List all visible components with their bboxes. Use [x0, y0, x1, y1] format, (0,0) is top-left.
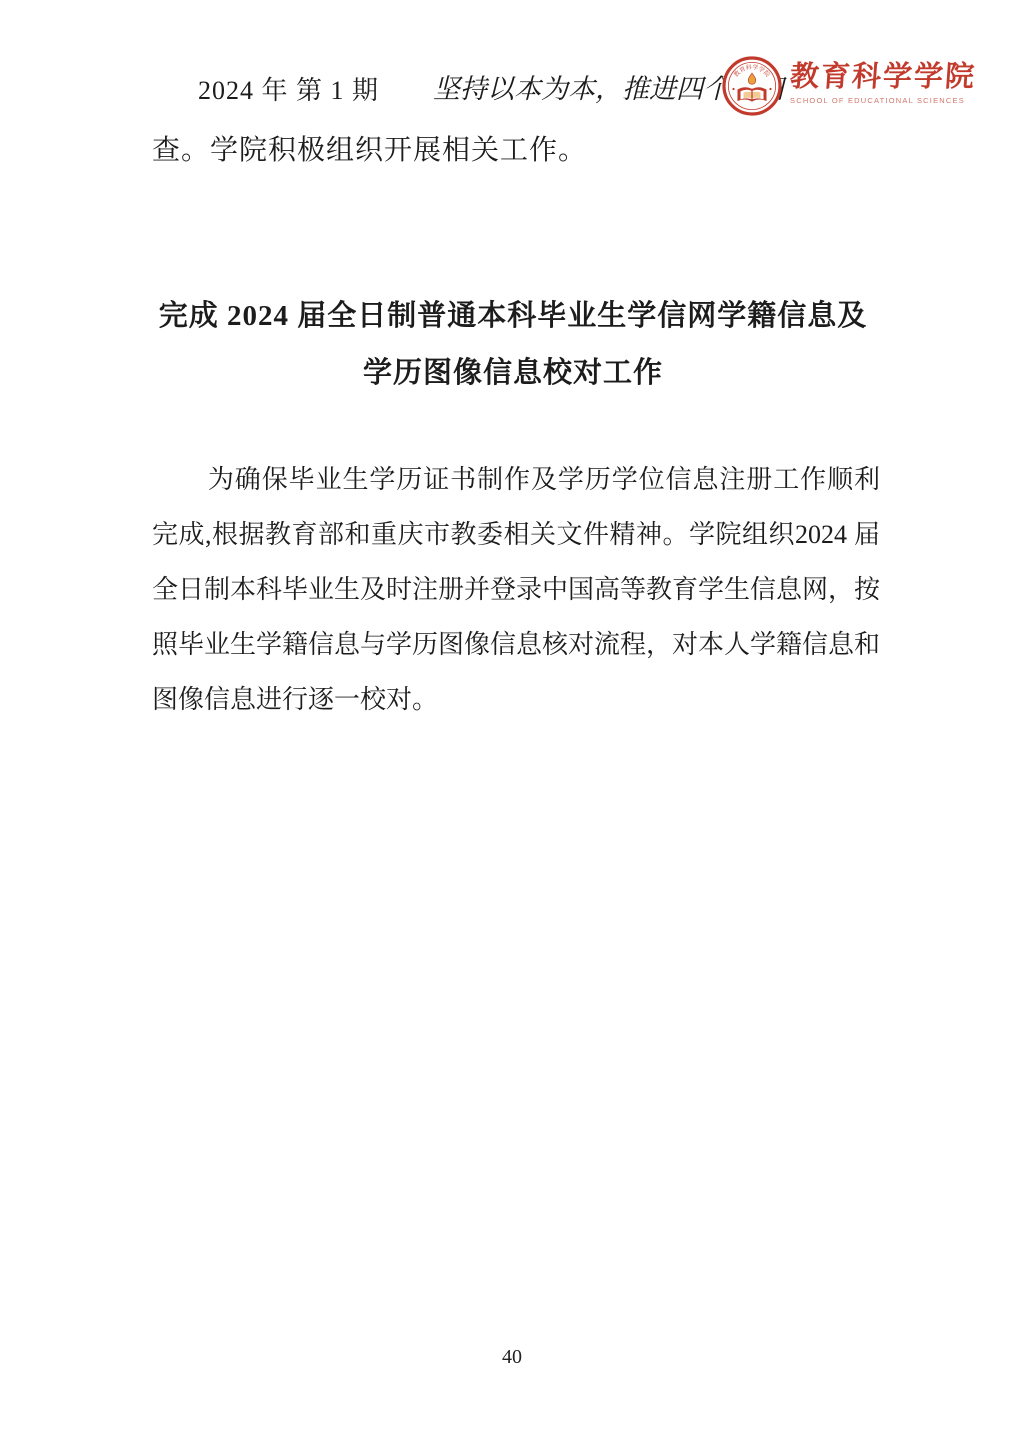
- logo-wordmark: 教育科学学院 SCHOOL OF EDUCATIONAL SCIENCES: [790, 56, 976, 105]
- paragraph-line: 图像信息进行逐一校对。: [152, 672, 880, 727]
- document-page: 2024 年 第 1 期 坚持以本为本，推进四个回归 教育科学学院: [0, 0, 1024, 1448]
- article-title: 完成 2024 届全日制普通本科毕业生学信网学籍信息及 学历图像信息校对工作: [152, 288, 874, 402]
- lead-paragraph: 查。学院积极组织开展相关工作。: [152, 134, 882, 168]
- paragraph-line: 完成,根据教育部和重庆市教委相关文件精神。学院组织2024 届: [152, 507, 880, 562]
- article-title-line-2: 学历图像信息校对工作: [152, 345, 874, 402]
- logo-cn-name: 教育科学学院: [789, 62, 977, 94]
- page-header: 2024 年 第 1 期 坚持以本为本，推进四个回归 教育科学学院: [0, 54, 1024, 120]
- paragraph-line: 全日制本科毕业生及时注册并登录中国高等教育学生信息网，按: [152, 562, 880, 617]
- page-number: 40: [0, 1346, 1024, 1369]
- school-seal-icon: 教育科学学院: [722, 56, 782, 116]
- article-title-line-1: 完成 2024 届全日制普通本科毕业生学信网学籍信息及: [152, 288, 874, 345]
- school-logo: 教育科学学院 教育科学学院 SCHOOL OF EDUCATIONAL SCIE…: [722, 56, 976, 116]
- paragraph-line: 为确保毕业生学历证书制作及学历学位信息注册工作顺利: [152, 452, 880, 507]
- article-paragraph: 为确保毕业生学历证书制作及学历学位信息注册工作顺利 完成,根据教育部和重庆市教委…: [152, 452, 880, 727]
- logo-en-name: SCHOOL OF EDUCATIONAL SCIENCES: [790, 96, 976, 105]
- paragraph-line: 照毕业生学籍信息与学历图像信息核对流程，对本人学籍信息和: [152, 617, 880, 672]
- issue-label: 2024 年 第 1 期: [198, 70, 379, 107]
